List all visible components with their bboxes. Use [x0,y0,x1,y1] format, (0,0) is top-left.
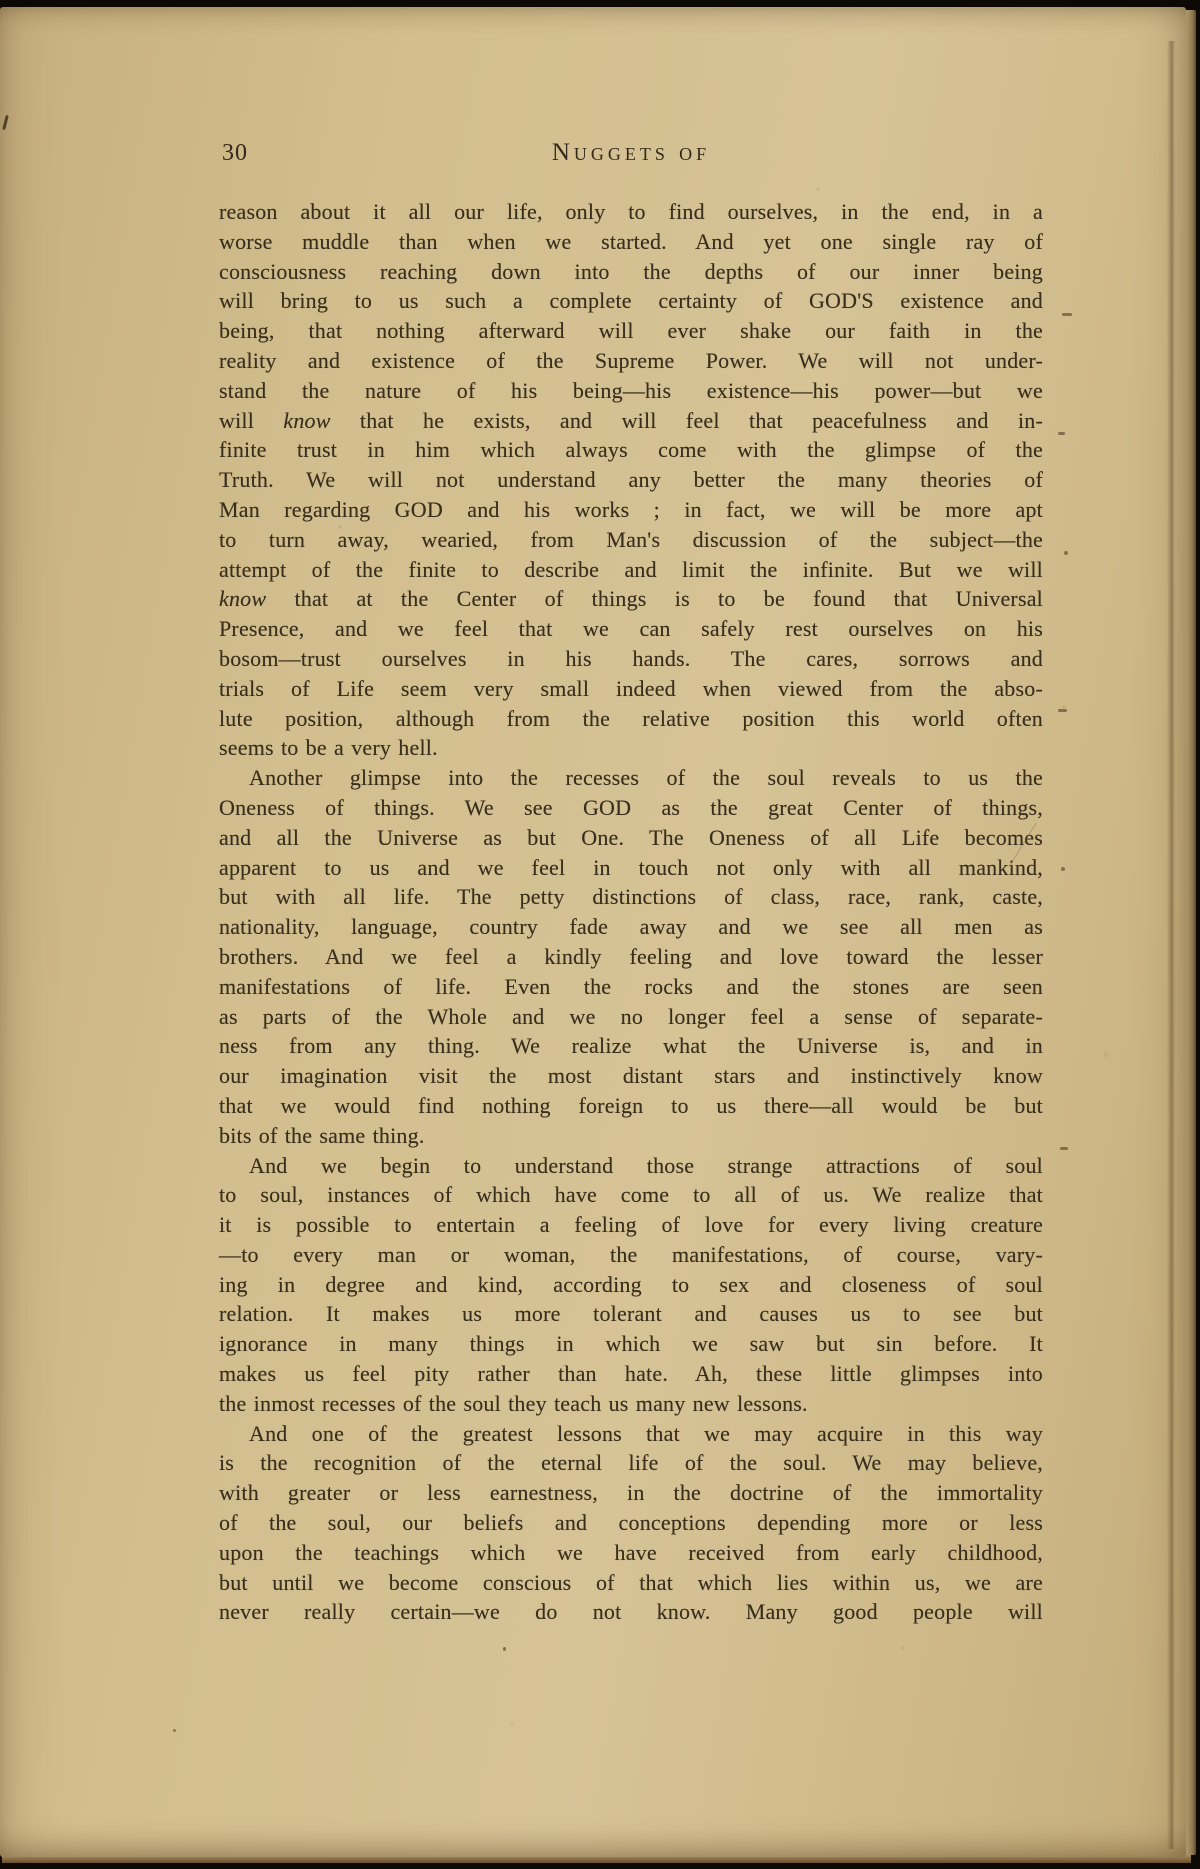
text-line: that we would find nothing foreign to us… [219,1091,1043,1121]
text-line: will know that he exists, and will feel … [219,406,1043,436]
text-line: to soul, instances of which have come to… [219,1180,1043,1210]
text-line: —to every man or woman, the manifestatio… [219,1240,1043,1270]
text-line: attempt of the finite to describe and li… [219,555,1043,585]
body-text: reason about it all our life, only to fi… [219,197,1043,1627]
text-line: Oneness of things. We see GOD as the gre… [219,793,1043,823]
text-line: but until we become conscious of that wh… [219,1568,1043,1598]
text-line: ignorance in many things in which we saw… [219,1329,1043,1359]
text-line: Presence, and we feel that we can safely… [219,614,1043,644]
text-line: Truth. We will not understand any better… [219,465,1043,495]
text-line: as parts of the Whole and we no longer f… [219,1002,1043,1032]
text-line: And one of the greatest lessons that we … [219,1419,1043,1449]
page-crease [1167,41,1176,1849]
text-line: being, that nothing afterward will ever … [219,316,1043,346]
text-line: will bring to us such a complete certain… [219,286,1043,316]
text-line: never really certain—we do not know. Man… [219,1597,1043,1627]
text-line: seems to be a very hell. [219,733,1043,763]
text-line: bosom—trust ourselves in his hands. The … [219,644,1043,674]
scanned-book-page: 30 Nuggets of reason about it all our li… [0,0,1200,1869]
scan-artifact [1058,709,1067,712]
text-line: worse muddle than when we started. And y… [219,227,1043,257]
text-line: is the recognition of the eternal life o… [219,1448,1043,1478]
text-line: relation. It makes us more tolerant and … [219,1299,1043,1329]
scan-artifact [1062,313,1072,316]
text-line: And we begin to understand those strange… [219,1151,1043,1181]
text-line: Another glimpse into the recesses of the… [219,763,1043,793]
text-line: finite trust in him which always come wi… [219,435,1043,465]
book-page: 30 Nuggets of reason about it all our li… [0,7,1186,1857]
text-line: to turn away, wearied, from Man's discus… [219,525,1043,555]
text-line: Man regarding GOD and his works ; in fac… [219,495,1043,525]
scan-artifact [1060,1147,1068,1150]
text-line: lute position, although from the relativ… [219,704,1043,734]
text-line: ness from any thing. We realize what the… [219,1031,1043,1061]
running-header: Nuggets of [219,139,1043,167]
text-line: reason about it all our life, only to fi… [219,197,1043,227]
text-line: consciousness reaching down into the dep… [219,257,1043,287]
text-line: bits of the same thing. [219,1121,1043,1151]
text-line: nationality, language, country fade away… [219,912,1043,942]
scan-artifact [503,1647,506,1651]
text-line: and all the Universe as but One. The One… [219,823,1043,853]
text-line: ing in degree and kind, according to sex… [219,1270,1043,1300]
text-line: makes us feel pity rather than hate. Ah,… [219,1359,1043,1389]
scan-artifact [1058,432,1065,435]
text-line: it is possible to entertain a feeling of… [219,1210,1043,1240]
text-line: the inmost recesses of the soul they tea… [219,1389,1043,1419]
text-line: but with all life. The petty distinction… [219,882,1043,912]
scan-artifact [1061,867,1065,871]
scan-artifact [2,115,9,130]
text-line: brothers. And we feel a kindly feeling a… [219,942,1043,972]
text-line: upon the teachings which we have receive… [219,1538,1043,1568]
text-line: of the soul, our beliefs and conceptions… [219,1508,1043,1538]
text-line: apparent to us and we feel in touch not … [219,853,1043,883]
text-line: stand the nature of his being—his existe… [219,376,1043,406]
scan-artifact [173,1729,176,1732]
text-line: manifestations of life. Even the rocks a… [219,972,1043,1002]
text-line: our imagination visit the most distant s… [219,1061,1043,1091]
scan-artifact [1064,551,1068,555]
text-line: reality and existence of the Supreme Pow… [219,346,1043,376]
text-line: trials of Life seem very small indeed wh… [219,674,1043,704]
text-line: know that at the Center of things is to … [219,584,1043,614]
text-line: with greater or less earnestness, in the… [219,1478,1043,1508]
